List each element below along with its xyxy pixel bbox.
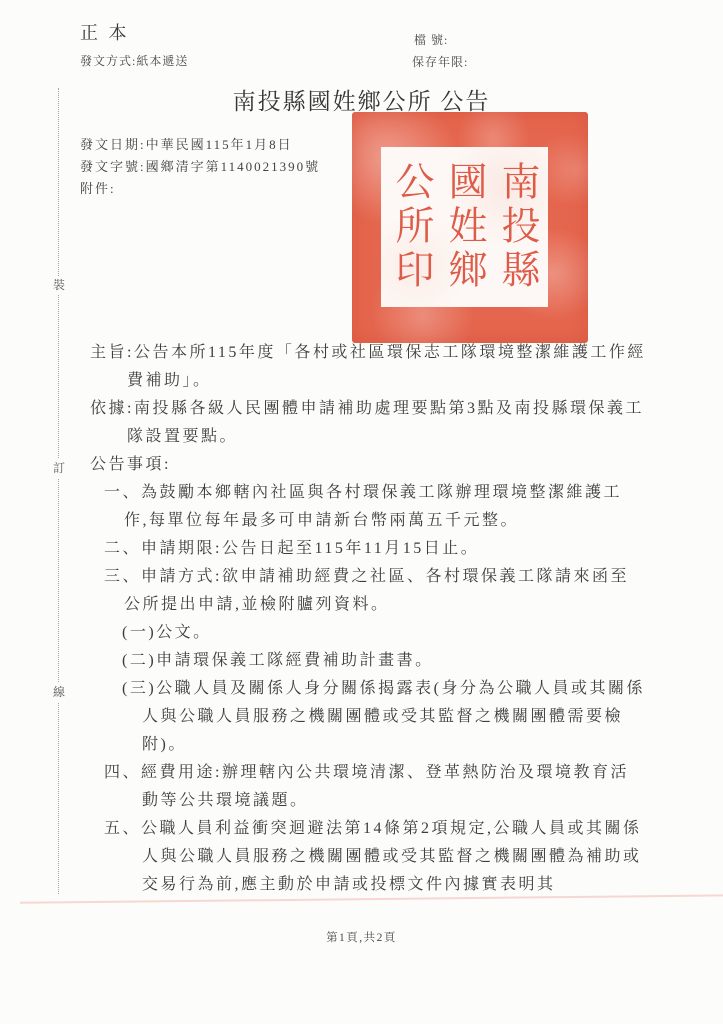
paragraph-text: 經費用途:辦理轄內公共環境清潔、登革熱防治及環境教育活動等公共環境議題。 — [141, 764, 629, 809]
paragraph-text: 公職人員及關係人身分關係揭露表(身分為公職人員或其關係人與公職人員服務之機關團體… — [142, 680, 645, 753]
paragraph-item-5: 五、公職人員利益衝突迴避法第14條第2項規定,公職人員或其關係人與公職人員服務之… — [90, 815, 646, 899]
binding-mark-ding: 訂 — [51, 459, 67, 478]
retention-period-label: 保存年限: — [412, 53, 468, 70]
paragraph-label: (三) — [122, 680, 156, 697]
paragraph-item-4: 四、經費用途:辦理轄內公共環境清潔、登革熱防治及環境教育活動等公共環境議題。 — [90, 759, 646, 815]
paragraph-subitem-1: (一)公文。 — [90, 619, 646, 647]
paragraph-subitem-3: (三)公職人員及關係人身分關係揭露表(身分為公職人員或其關係人與公職人員服務之機… — [90, 675, 646, 759]
page-number-footer: 第1頁,共2頁 — [0, 929, 723, 945]
binding-mark-zhuang: 裝 — [51, 276, 67, 295]
announcement-body: 主旨:公告本所115年度「各村或社區環保志工隊環境整潔維護工作經費補助」。 依據… — [90, 339, 646, 899]
file-number-label: 檔 號: — [414, 31, 448, 48]
paragraph-label: 主旨: — [90, 344, 134, 361]
official-red-seal: 南投縣 國姓鄉 公所印 — [352, 112, 588, 343]
paragraph-text: 公文。 — [156, 624, 212, 641]
seal-column-right: 南投縣 — [491, 149, 544, 305]
copy-type-label: 正 本 — [80, 19, 130, 45]
paragraph-label: 三、 — [104, 568, 141, 585]
paragraph-text: 申請期限:公告日起至115年11月15日止。 — [141, 540, 479, 557]
paragraph-text: 申請方式:欲申請補助經費之社區、各村環保義工隊請來函至公所提出申請,並檢附臚列資… — [124, 568, 629, 613]
document-meta: 發文日期:中華民國115年1月8日 發文字號:國鄉清字第1140021390號 … — [80, 134, 320, 200]
seal-inner-panel: 南投縣 國姓鄉 公所印 — [381, 147, 548, 307]
seal-column-left: 公所印 — [385, 149, 438, 305]
paragraph-label: 二、 — [104, 540, 141, 557]
doc-number: 發文字號:國鄉清字第1140021390號 — [80, 156, 320, 178]
paragraph-item-3: 三、申請方式:欲申請補助經費之社區、各村環保義工隊請來函至公所提出申請,並檢附臚… — [90, 563, 646, 619]
scanned-official-announcement: 正 本 發文方式:紙本遞送 檔 號: 保存年限: 南投縣國姓鄉公所 公告 發文日… — [0, 0, 723, 1024]
paragraph-label: (二) — [122, 652, 156, 669]
paragraph-label: 一、 — [104, 484, 141, 501]
attachment-label: 附件: — [80, 178, 320, 200]
paragraph-item-2: 二、申請期限:公告日起至115年11月15日止。 — [90, 535, 646, 563]
paragraph-label: (一) — [122, 624, 156, 641]
paragraph-label: 四、 — [104, 764, 141, 781]
paragraph-text: 為鼓勵本鄉轄內社區與各村環保義工隊辦理環境整潔維護工作,每單位每年最多可申請新台… — [124, 484, 622, 529]
paragraph-text: 公告本所115年度「各村或社區環保志工隊環境整潔維護工作經費補助」。 — [127, 344, 646, 389]
issue-date: 發文日期:中華民國115年1月8日 — [80, 134, 320, 156]
paragraph-subitem-2: (二)申請環保義工隊經費補助計畫書。 — [90, 647, 646, 675]
paragraph-subject: 主旨:公告本所115年度「各村或社區環保志工隊環境整潔維護工作經費補助」。 — [90, 339, 646, 395]
seal-column-middle: 國姓鄉 — [438, 149, 491, 305]
binding-mark-xian: 線 — [51, 683, 67, 702]
paragraph-basis: 依據:南投縣各級人民團體申請補助處理要點第3點及南投縣環保義工隊設置要點。 — [90, 395, 646, 451]
delivery-method-label: 發文方式:紙本遞送 — [80, 52, 188, 69]
paragraph-item-1: 一、為鼓勵本鄉轄內社區與各村環保義工隊辦理環境整潔維護工作,每單位每年最多可申請… — [90, 479, 646, 535]
paragraph-text: 公告事項: — [90, 456, 171, 473]
paragraph-text: 南投縣各級人民團體申請補助處理要點第3點及南投縣環保義工隊設置要點。 — [127, 400, 644, 445]
binding-dotted-line — [58, 88, 59, 894]
paragraph-text: 公職人員利益衝突迴避法第14條第2項規定,公職人員或其關係人與公職人員服務之機關… — [141, 820, 642, 893]
paragraph-label: 五、 — [104, 820, 141, 837]
paragraph-section-heading: 公告事項: — [90, 451, 646, 479]
paragraph-label: 依據: — [90, 400, 134, 417]
paragraph-text: 申請環保義工隊經費補助計畫書。 — [156, 652, 434, 669]
